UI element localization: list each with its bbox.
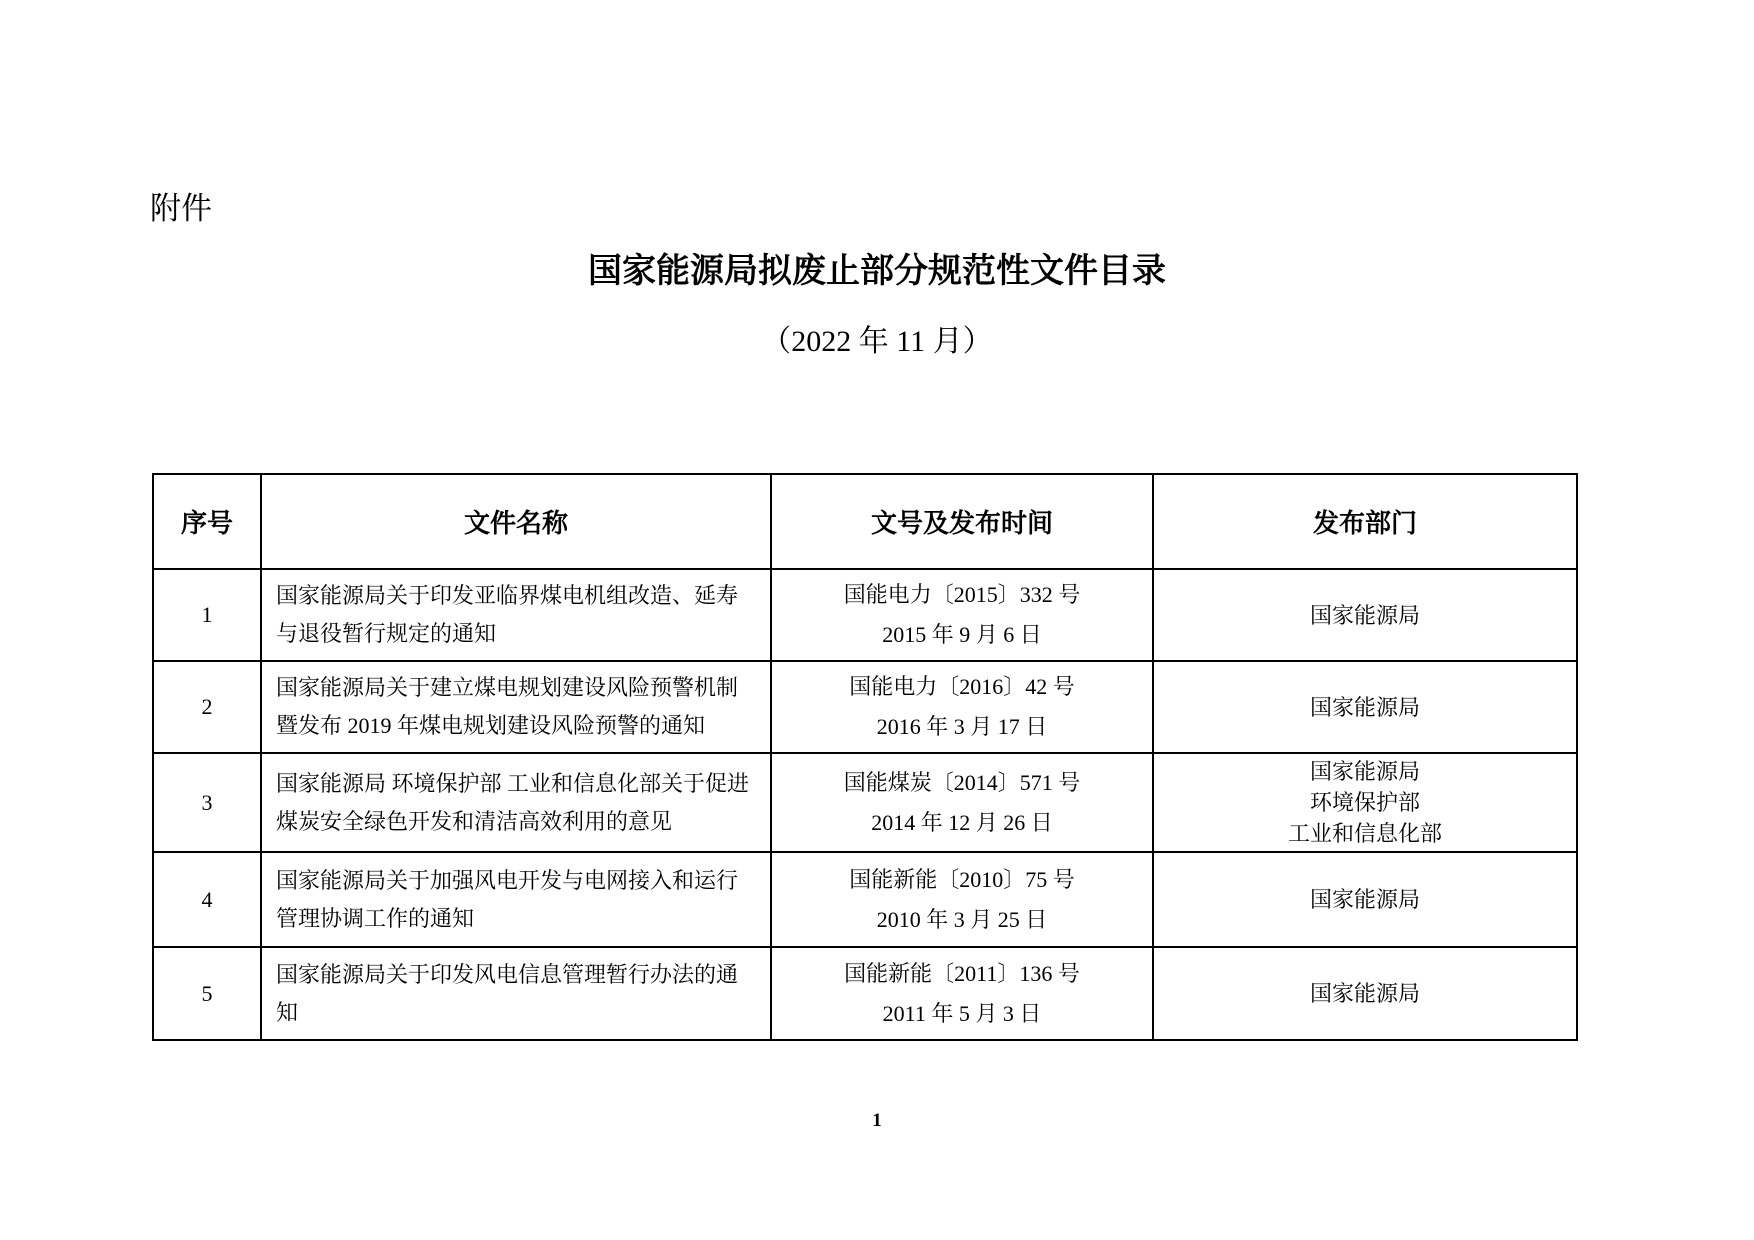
doc-number-and-date: 国能电力〔2015〕332 号 2015 年 9 月 6 日 — [771, 569, 1153, 661]
row-number: 4 — [153, 852, 261, 947]
publish-date: 2015 年 9 月 6 日 — [776, 615, 1148, 655]
table-row: 1 国家能源局关于印发亚临界煤电机组改造、延寿与退役暂行规定的通知 国能电力〔2… — [153, 569, 1577, 661]
doc-number-and-date: 国能电力〔2016〕42 号 2016 年 3 月 17 日 — [771, 661, 1153, 753]
column-header-department: 发布部门 — [1153, 474, 1577, 569]
publish-department: 国家能源局 — [1153, 947, 1577, 1040]
publish-date: 2016 年 3 月 17 日 — [776, 707, 1148, 747]
page-subtitle: （2022 年 11 月） — [0, 324, 1754, 360]
document-name: 国家能源局关于加强风电开发与电网接入和运行管理协调工作的通知 — [261, 852, 771, 947]
publish-department: 国家能源局 — [1153, 661, 1577, 753]
row-number: 1 — [153, 569, 261, 661]
documents-table: 序号 文件名称 文号及发布时间 发布部门 1 国家能源局关于印发亚临界煤电机组改… — [152, 473, 1578, 1041]
table-row: 5 国家能源局关于印发风电信息管理暂行办法的通知 国能新能〔2011〕136 号… — [153, 947, 1577, 1040]
row-number: 5 — [153, 947, 261, 1040]
table-row: 2 国家能源局关于建立煤电规划建设风险预警机制暨发布 2019 年煤电规划建设风… — [153, 661, 1577, 753]
column-header-name: 文件名称 — [261, 474, 771, 569]
document-name: 国家能源局 环境保护部 工业和信息化部关于促进煤炭安全绿色开发和清洁高效利用的意… — [261, 753, 771, 852]
doc-number: 国能电力〔2015〕332 号 — [776, 575, 1148, 615]
document-name: 国家能源局关于印发亚临界煤电机组改造、延寿与退役暂行规定的通知 — [261, 569, 771, 661]
document-name: 国家能源局关于建立煤电规划建设风险预警机制暨发布 2019 年煤电规划建设风险预… — [261, 661, 771, 753]
doc-number: 国能煤炭〔2014〕571 号 — [776, 763, 1148, 803]
table-row: 4 国家能源局关于加强风电开发与电网接入和运行管理协调工作的通知 国能新能〔20… — [153, 852, 1577, 947]
doc-number-and-date: 国能煤炭〔2014〕571 号 2014 年 12 月 26 日 — [771, 753, 1153, 852]
publish-department: 国家能源局 环境保护部 工业和信息化部 — [1153, 753, 1577, 852]
table-header-row: 序号 文件名称 文号及发布时间 发布部门 — [153, 474, 1577, 569]
column-header-number: 序号 — [153, 474, 261, 569]
page-number: 1 — [0, 1110, 1754, 1132]
doc-number-and-date: 国能新能〔2011〕136 号 2011 年 5 月 3 日 — [771, 947, 1153, 1040]
attachment-label: 附件 — [150, 190, 212, 227]
page-title: 国家能源局拟废止部分规范性文件目录 — [0, 252, 1754, 291]
publish-date: 2011 年 5 月 3 日 — [776, 994, 1148, 1034]
doc-number-and-date: 国能新能〔2010〕75 号 2010 年 3 月 25 日 — [771, 852, 1153, 947]
document-page: { "header": { "attachment_label": "附件", … — [0, 0, 1754, 1240]
row-number: 3 — [153, 753, 261, 852]
publish-date: 2010 年 3 月 25 日 — [776, 900, 1148, 940]
doc-number: 国能新能〔2010〕75 号 — [776, 860, 1148, 900]
column-header-docno-date: 文号及发布时间 — [771, 474, 1153, 569]
publish-department: 国家能源局 — [1153, 852, 1577, 947]
document-name: 国家能源局关于印发风电信息管理暂行办法的通知 — [261, 947, 771, 1040]
publish-department: 国家能源局 — [1153, 569, 1577, 661]
publish-date: 2014 年 12 月 26 日 — [776, 803, 1148, 843]
doc-number: 国能电力〔2016〕42 号 — [776, 667, 1148, 707]
table-row: 3 国家能源局 环境保护部 工业和信息化部关于促进煤炭安全绿色开发和清洁高效利用… — [153, 753, 1577, 852]
row-number: 2 — [153, 661, 261, 753]
doc-number: 国能新能〔2011〕136 号 — [776, 954, 1148, 994]
